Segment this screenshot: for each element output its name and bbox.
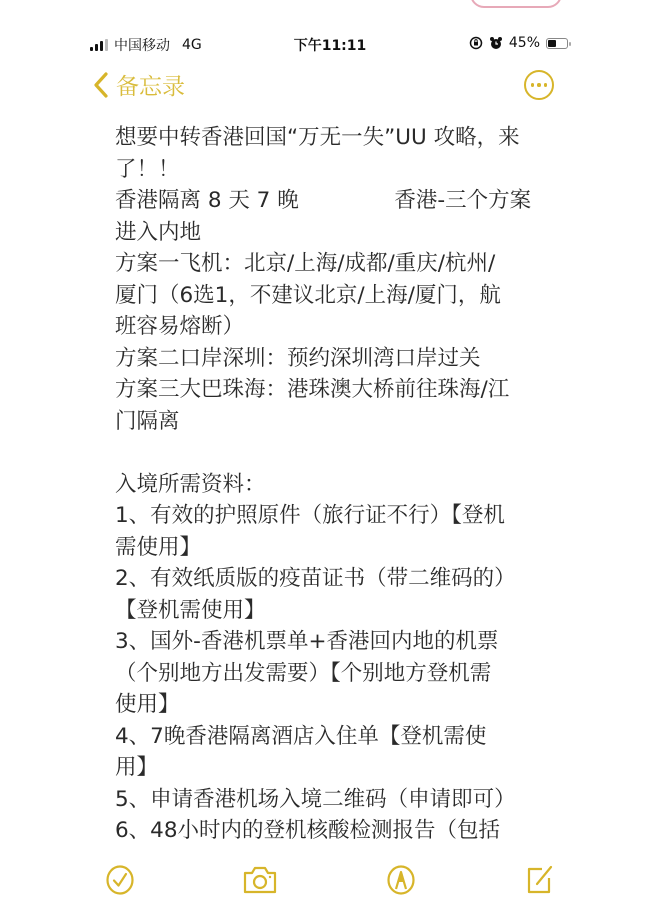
back-button[interactable]: 备忘录 bbox=[92, 68, 185, 101]
note-line: 进入内地 bbox=[115, 217, 555, 249]
note-line: 香港隔离 8 天 7 晚 香港-三个方案 bbox=[115, 185, 555, 217]
note-line: 用】 bbox=[115, 752, 555, 784]
compose-icon bbox=[524, 864, 554, 896]
pen-tip-circle-icon bbox=[386, 864, 416, 896]
note-line: 入境所需资料： bbox=[115, 469, 555, 501]
note-line: （个别地方出发需要）【个别地方登机需 bbox=[115, 658, 555, 690]
note-line: 方案二口岸深圳：预约深圳湾口岸过关 bbox=[115, 343, 555, 375]
notes-screen: 中国移动 4G 下午11:11 45% 备忘录 bbox=[0, 0, 660, 917]
note-line: 想要中转香港回国“万无一失”UU 攻略，来 bbox=[115, 122, 555, 154]
ellipsis-dot bbox=[544, 83, 548, 87]
back-label: 备忘录 bbox=[116, 68, 185, 101]
note-line: 班容易熔断） bbox=[115, 311, 555, 343]
note-line: 厦门（6选1，不建议北京/上海/厦门，航 bbox=[115, 280, 555, 312]
note-blank-line bbox=[115, 437, 555, 469]
status-bar: 中国移动 4G 下午11:11 45% bbox=[0, 32, 660, 56]
note-line: 2、有效纸质版的疫苗证书（带二维码的） bbox=[115, 563, 555, 595]
note-line: 了！！ bbox=[115, 154, 555, 186]
note-line: 方案三大巴珠海：港珠澳大桥前往珠海/江 bbox=[115, 374, 555, 406]
status-right: 45% bbox=[469, 35, 568, 51]
top-pill-decoration bbox=[470, 0, 562, 8]
note-line: 使用】 bbox=[115, 689, 555, 721]
camera-button[interactable] bbox=[242, 864, 278, 896]
note-line: 3、国外-香港机票单+香港回内地的机票 bbox=[115, 626, 555, 658]
note-line: 4、7晚香港隔离酒店入住单【登机需使 bbox=[115, 721, 555, 753]
nav-bar: 备忘录 bbox=[0, 66, 660, 106]
note-line: 门隔离 bbox=[115, 406, 555, 438]
note-body[interactable]: 想要中转香港回国“万无一失”UU 攻略，来 了！！ 香港隔离 8 天 7 晚 香… bbox=[115, 122, 555, 840]
alarm-icon bbox=[489, 36, 503, 50]
note-line: 【登机需使用】 bbox=[115, 595, 555, 627]
bottom-toolbar bbox=[0, 862, 660, 902]
note-line: 方案一飞机：北京/上海/成都/重庆/杭州/ bbox=[115, 248, 555, 280]
compose-button[interactable] bbox=[524, 864, 554, 896]
note-line: 1、有效的护照原件（旅行证不行）【登机 bbox=[115, 500, 555, 532]
chevron-left-icon bbox=[92, 70, 110, 100]
orientation-lock-icon bbox=[469, 36, 483, 50]
checklist-button[interactable] bbox=[105, 864, 135, 896]
checkmark-circle-icon bbox=[105, 864, 135, 896]
battery-icon bbox=[546, 38, 568, 49]
more-options-button[interactable] bbox=[524, 70, 554, 100]
ellipsis-dot bbox=[531, 83, 535, 87]
markup-button[interactable] bbox=[386, 864, 416, 896]
battery-percent: 45% bbox=[509, 35, 540, 51]
note-line: 5、申请香港机场入境二维码（申请即可） bbox=[115, 784, 555, 816]
note-line: 需使用】 bbox=[115, 532, 555, 564]
camera-icon bbox=[242, 864, 278, 896]
ellipsis-dot bbox=[537, 83, 541, 87]
note-line: 6、48小时内的登机核酸检测报告（包括 bbox=[115, 815, 555, 840]
